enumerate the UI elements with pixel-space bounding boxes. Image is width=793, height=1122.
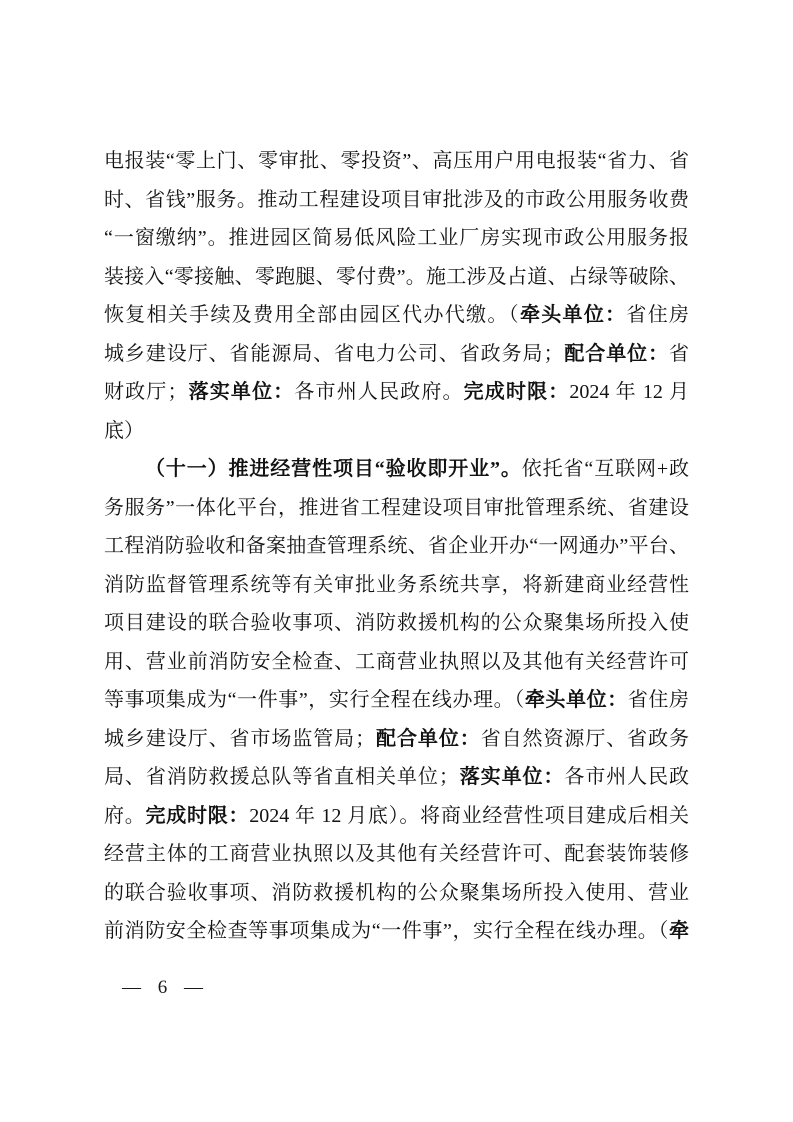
item-heading-line: （十一）推进经营性项目“验收即开业”。依托省“互联网+政 bbox=[104, 450, 689, 489]
text-segment: 等事项集成为“一件事”，实行全程在线办理。（ bbox=[104, 689, 525, 711]
support-unit-label: 配合单位： bbox=[563, 343, 669, 365]
text-segment: 经营主体的工商营业执照以及其他有关经营许可、配套装饰装修 bbox=[104, 843, 689, 865]
item-heading: （十一）推进经营性项目“验收即开业”。 bbox=[145, 458, 522, 480]
text-segment: 各市州人民政 bbox=[564, 766, 689, 788]
text-segment: 省 bbox=[669, 343, 689, 365]
implement-unit-label: 落实单位： bbox=[459, 766, 565, 788]
text-line: 用、营业前消防安全检查、工商营业执照以及其他有关经营许可 bbox=[104, 643, 689, 682]
text-segment: 前消防安全检查等事项集成为“一件事”，实行全程在线办理。（ bbox=[104, 920, 669, 942]
text-segment: 项目建设的联合验收事项、消防救援机构的公众聚集场所投入使 bbox=[104, 612, 689, 634]
lead-unit-label: 牵头单位： bbox=[520, 304, 626, 326]
text-segment: 省自然资源厅、省政务 bbox=[481, 728, 689, 750]
text-segment: 电报装“零上门、零审批、零投资”、高压用户用电报装“省力、省 bbox=[104, 150, 689, 172]
text-line: 等事项集成为“一件事”，实行全程在线办理。（牵头单位：省住房 bbox=[104, 681, 689, 720]
text-line: 底） bbox=[104, 412, 689, 451]
text-line: 恢复相关手续及费用全部由园区代办代缴。（牵头单位：省住房 bbox=[104, 296, 689, 335]
deadline-label: 完成时限： bbox=[145, 805, 249, 827]
deadline-value: 2024 年 12 月 bbox=[569, 381, 689, 403]
text-segment: 务服务”一体化平台，推进省工程建设项目审批管理系统、省建设 bbox=[104, 497, 689, 519]
text-line: 消防监督管理系统等有关审批业务系统共享，将新建商业经营性 bbox=[104, 566, 689, 605]
text-segment: 装接入“零接触、零跑腿、零付费”。施工涉及占道、占绿等破除、 bbox=[104, 266, 689, 288]
text-segment: 各市州人民政府。 bbox=[294, 381, 463, 403]
text-line: 前消防安全检查等事项集成为“一件事”，实行全程在线办理。（牵 bbox=[104, 912, 689, 951]
text-segment: 2024 年 12 月底）。将商业经营性项目建成后相关 bbox=[249, 805, 689, 827]
text-line: 项目建设的联合验收事项、消防救援机构的公众聚集场所投入使 bbox=[104, 604, 689, 643]
text-line: “一窗缴纳”。推进园区简易低风险工业厂房实现市政公用服务报 bbox=[104, 219, 689, 258]
text-line: 局、省消防救援总队等省直相关单位；落实单位：各市州人民政 bbox=[104, 758, 689, 797]
text-line: 时、省钱”服务。推动工程建设项目审批涉及的市政公用服务收费 bbox=[104, 181, 689, 220]
text-line: 经营主体的工商营业执照以及其他有关经营许可、配套装饰装修 bbox=[104, 835, 689, 874]
body-text: 电报装“零上门、零审批、零投资”、高压用户用电报装“省力、省 时、省钱”服务。推… bbox=[104, 142, 689, 951]
text-line: 电报装“零上门、零审批、零投资”、高压用户用电报装“省力、省 bbox=[104, 142, 689, 181]
text-line: 城乡建设厅、省市场监管局；配合单位：省自然资源厅、省政务 bbox=[104, 720, 689, 759]
text-line: 府。完成时限：2024 年 12 月底）。将商业经营性项目建成后相关 bbox=[104, 797, 689, 836]
text-segment: 用、营业前消防安全检查、工商营业执照以及其他有关经营许可 bbox=[104, 651, 689, 673]
text-segment: 依托省“互联网+政 bbox=[522, 458, 689, 480]
text-line: 装接入“零接触、零跑腿、零付费”。施工涉及占道、占绿等破除、 bbox=[104, 258, 689, 297]
text-segment: 时、省钱”服务。推动工程建设项目审批涉及的市政公用服务收费 bbox=[104, 189, 689, 211]
text-line: 城乡建设厅、省能源局、省电力公司、省政务局；配合单位：省 bbox=[104, 335, 689, 374]
deadline-label: 完成时限： bbox=[464, 381, 570, 403]
lead-unit-label: 牵 bbox=[669, 920, 689, 942]
lead-unit-label: 牵头单位： bbox=[525, 689, 628, 711]
text-segment: 财政厅； bbox=[104, 381, 187, 403]
implement-unit-label: 落实单位： bbox=[187, 381, 294, 403]
text-segment: 省住房 bbox=[626, 304, 689, 326]
text-segment: 恢复相关手续及费用全部由园区代办代缴。（ bbox=[104, 304, 520, 326]
text-segment: 工程消防验收和备案抽查管理系统、省企业开办“一网通办”平台、 bbox=[104, 535, 689, 557]
text-segment: 城乡建设厅、省能源局、省电力公司、省政务局； bbox=[104, 343, 563, 365]
text-segment: 省住房 bbox=[628, 689, 689, 711]
text-segment: 城乡建设厅、省市场监管局； bbox=[104, 728, 375, 750]
text-line: 务服务”一体化平台，推进省工程建设项目审批管理系统、省建设 bbox=[104, 489, 689, 528]
text-segment: “一窗缴纳”。推进园区简易低风险工业厂房实现市政公用服务报 bbox=[104, 227, 689, 249]
support-unit-label: 配合单位： bbox=[375, 728, 481, 750]
text-line: 财政厅；落实单位：各市州人民政府。完成时限：2024 年 12 月 bbox=[104, 373, 689, 412]
text-segment: 的联合验收事项、消防救援机构的公众聚集场所投入使用、营业 bbox=[104, 882, 689, 904]
text-segment: 消防监督管理系统等有关审批业务系统共享，将新建商业经营性 bbox=[104, 574, 689, 596]
text-segment: 府。 bbox=[104, 805, 145, 827]
text-line: 的联合验收事项、消防救援机构的公众聚集场所投入使用、营业 bbox=[104, 874, 689, 913]
page-number: — 6 — bbox=[122, 977, 209, 999]
text-segment: 局、省消防救援总队等省直相关单位； bbox=[104, 766, 459, 788]
document-page: 电报装“零上门、零审批、零投资”、高压用户用电报装“省力、省 时、省钱”服务。推… bbox=[0, 0, 793, 1122]
text-line: 工程消防验收和备案抽查管理系统、省企业开办“一网通办”平台、 bbox=[104, 527, 689, 566]
text-segment: 底） bbox=[104, 420, 144, 442]
